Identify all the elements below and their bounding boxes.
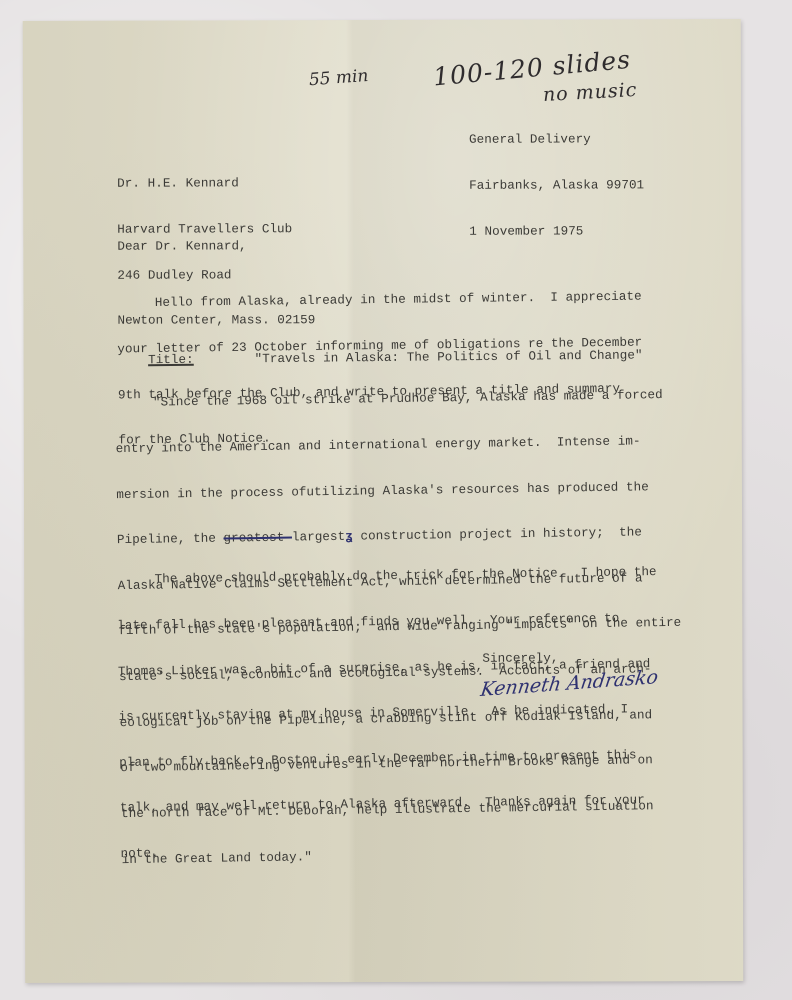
recipient-address-line: Harvard Travellers Club [117, 222, 315, 238]
paragraph-line: plan to fly back to Boston in early Dece… [119, 748, 659, 771]
paragraph-line: Hello from Alaska, already in the midst … [117, 290, 642, 312]
paragraph-line: note. [121, 839, 661, 862]
paragraph-line: The above should probably do the trick f… [116, 565, 656, 588]
handwritten-duration-note: 55 min [308, 66, 369, 90]
paragraph-line: mersion in the process ofutilizing Alask… [116, 479, 679, 503]
letter-page: 55 min 100-120 slides no music General D… [23, 19, 744, 983]
closing: Sincerely, [482, 652, 558, 667]
paragraph-line: late fall has been pleasant and finds yo… [117, 611, 657, 634]
paragraph-line: is currently staying at my house in Some… [118, 702, 658, 725]
sender-address-line: Fairbanks, Alaska 99701 [469, 178, 644, 194]
salutation: Dear Dr. Kennard, [117, 239, 246, 255]
letter-date: 1 November 1975 [469, 224, 644, 240]
recipient-name: Dr. H.E. Kennard [117, 177, 315, 193]
paragraph-line: "Since the 1968 oil strike at Prudhoe Ba… [115, 388, 678, 412]
closing-paragraph: The above should probably do the trick f… [116, 535, 661, 893]
sender-address-line: General Delivery [469, 133, 644, 149]
sender-address: General Delivery Fairbanks, Alaska 99701… [469, 102, 644, 270]
paragraph-line: entry into the American and internationa… [116, 434, 679, 458]
paragraph-line: talk, and may well return to Alaska afte… [120, 793, 660, 816]
